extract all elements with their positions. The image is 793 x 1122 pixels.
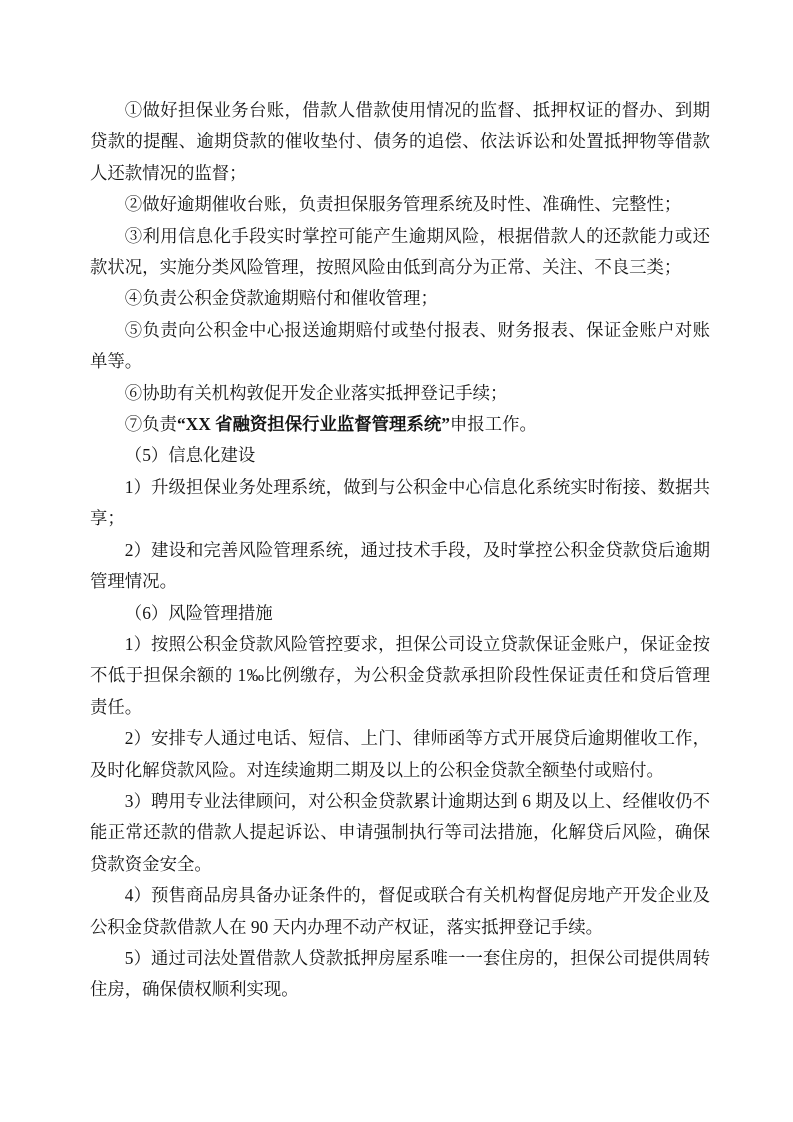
paragraph-mortgage-registration-6: ⑥协助有关机构敦促开发企业落实抵押登记手续；	[90, 378, 710, 409]
paragraph-report-submission-5: ⑤负责向公积金中心报送逾期赔付或垫付报表、财务报表、保证金账户对账单等。	[90, 315, 710, 378]
paragraph-overdue-compensation-4: ④负责公积金贷款逾期赔付和催收管理；	[90, 283, 710, 314]
paragraph-7-prefix: ⑦负责	[125, 414, 177, 434]
paragraph-system-declaration-7: ⑦负责“XX 省融资担保行业监督管理系统”申报工作。	[90, 409, 710, 440]
paragraph-transitional-housing-item5: 5）通过司法处置借款人贷款抵押房屋系唯一一套住房的，担保公司提供周转住房，确保债…	[90, 943, 710, 1006]
paragraph-7-system-name-bold: “XX 省融资担保行业监督管理系统”	[177, 414, 450, 434]
paragraph-collection-methods-item2: 2）安排专人通过电话、短信、上门、律师函等方式开展贷后逾期催收工作，及时化解贷款…	[90, 723, 710, 786]
paragraph-7-suffix: 申报工作。	[450, 414, 537, 434]
section-heading-risk-management: （6）风险管理措施	[90, 598, 710, 629]
paragraph-margin-account-item1: 1）按照公积金贷款风险管控要求，担保公司设立贷款保证金账户，保证金按不低于担保余…	[90, 629, 710, 723]
paragraph-risk-system-item2: 2）建设和完善风险管理系统，通过技术手段，及时掌控公积金贷款贷后逾期管理情况。	[90, 535, 710, 598]
paragraph-ledger-duty-1: ①做好担保业务台账，借款人借款使用情况的监督、抵押权证的督办、到期贷款的提醒、逾…	[90, 95, 710, 189]
document-page: ①做好担保业务台账，借款人借款使用情况的监督、抵押权证的督办、到期贷款的提醒、逾…	[0, 0, 793, 1122]
paragraph-system-upgrade-item1: 1）升级担保业务处理系统，做到与公积金中心信息化系统实时衔接、数据共享；	[90, 472, 710, 535]
paragraph-overdue-ledger-2: ②做好逾期催收台账，负责担保服务管理系统及时性、准确性、完整性；	[90, 189, 710, 220]
section-heading-informatization: （5）信息化建设	[90, 440, 710, 471]
paragraph-risk-classification-3: ③利用信息化手段实时掌控可能产生逾期风险，根据借款人的还款能力或还款状况，实施分…	[90, 221, 710, 284]
paragraph-property-certificate-item4: 4）预售商品房具备办证条件的，督促或联合有关机构督促房地产开发企业及公积金贷款借…	[90, 880, 710, 943]
paragraph-legal-counsel-item3: 3）聘用专业法律顾问，对公积金贷款累计逾期达到 6 期及以上、经催收仍不能正常还…	[90, 786, 710, 880]
